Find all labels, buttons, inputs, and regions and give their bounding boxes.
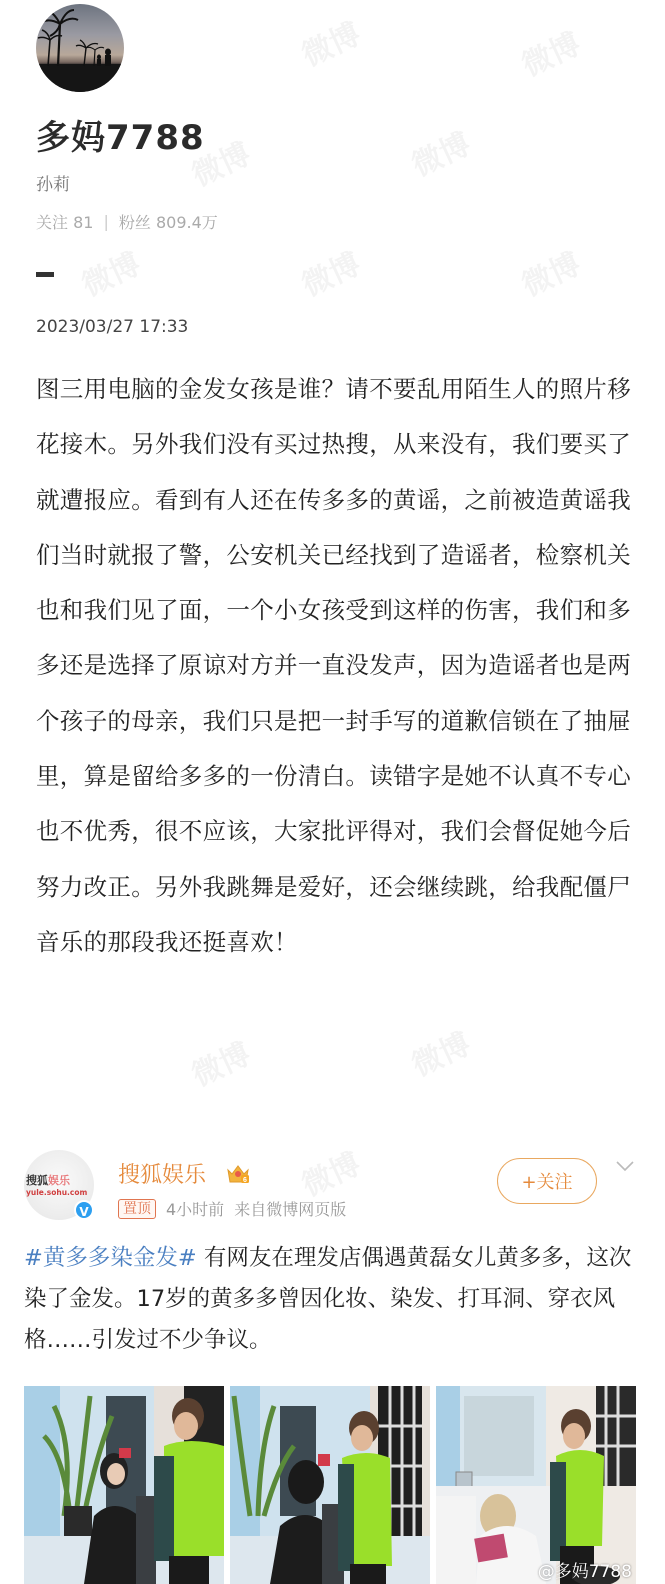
- post-timestamp: 2023/03/27 17:33: [36, 317, 188, 337]
- weibo-watermark: 微博: [404, 119, 477, 184]
- salon-photo-1[interactable]: [24, 1386, 224, 1584]
- following-label: 关注: [36, 213, 68, 232]
- photo-grid: @多妈7788: [24, 1386, 636, 1584]
- divider-dash: [36, 272, 54, 277]
- follow-button[interactable]: +关注: [497, 1158, 597, 1204]
- user-avatar[interactable]: [36, 4, 124, 92]
- profile-stats: 关注 81 | 粉丝 809.4万: [36, 210, 218, 233]
- svg-text:6: 6: [243, 1177, 247, 1184]
- sohu-logo-text: 搜狐娱乐: [26, 1172, 70, 1188]
- following-stat[interactable]: 关注 81: [36, 210, 93, 233]
- palm-tree-sunset-image: [36, 4, 124, 92]
- crown-level-icon: 6: [226, 1162, 250, 1184]
- chevron-down-icon[interactable]: [614, 1158, 636, 1174]
- following-count: 81: [73, 213, 93, 232]
- verified-icon: V: [74, 1200, 94, 1220]
- stats-separator: |: [103, 212, 108, 231]
- weibo-watermark: 微博: [514, 19, 587, 84]
- sohu-logo-url: yule.sohu.com: [26, 1188, 87, 1197]
- pinned-badge: 置顶: [118, 1199, 156, 1219]
- weibo-watermark: 微博: [294, 239, 367, 304]
- repost-author-name[interactable]: 搜狐娱乐: [118, 1158, 206, 1189]
- followers-count: 809.4万: [156, 213, 218, 232]
- hashtag-link[interactable]: #黄多多染金发#: [24, 1245, 197, 1271]
- logo-red-text: 娱乐: [48, 1174, 70, 1187]
- repost-time: 4小时前: [166, 1197, 224, 1220]
- weibo-watermark: 微博: [404, 1019, 477, 1084]
- profile-real-name: 孙莉: [36, 170, 70, 195]
- salon-photo-3[interactable]: @多妈7788: [436, 1386, 636, 1584]
- followers-stat[interactable]: 粉丝 809.4万: [119, 210, 218, 233]
- logo-dark-text: 搜狐: [26, 1174, 48, 1187]
- weibo-watermark: 微博: [74, 239, 147, 304]
- repost-body: #黄多多染金发# 有网友在理发店偶遇黄磊女儿黄多多，这次染了金发。17岁的黄多多…: [24, 1238, 640, 1361]
- weibo-watermark: 微博: [294, 9, 367, 74]
- post-body: 图三用电脑的金发女孩是谁？请不要乱用陌生人的照片移花接木。另外我们没有买过热搜，…: [36, 362, 636, 970]
- profile-username: 多妈7788: [36, 110, 205, 159]
- image-watermark: @多妈7788: [538, 1557, 632, 1582]
- repost-meta: 置顶 4小时前 来自微博网页版: [118, 1197, 346, 1220]
- weibo-watermark: 微博: [514, 239, 587, 304]
- weibo-watermark: 微博: [184, 1029, 257, 1094]
- weibo-watermark: 微博: [294, 1139, 367, 1204]
- repost-source: 来自微博网页版: [234, 1197, 346, 1220]
- salon-photo-2[interactable]: [230, 1386, 430, 1584]
- followers-label: 粉丝: [119, 213, 151, 232]
